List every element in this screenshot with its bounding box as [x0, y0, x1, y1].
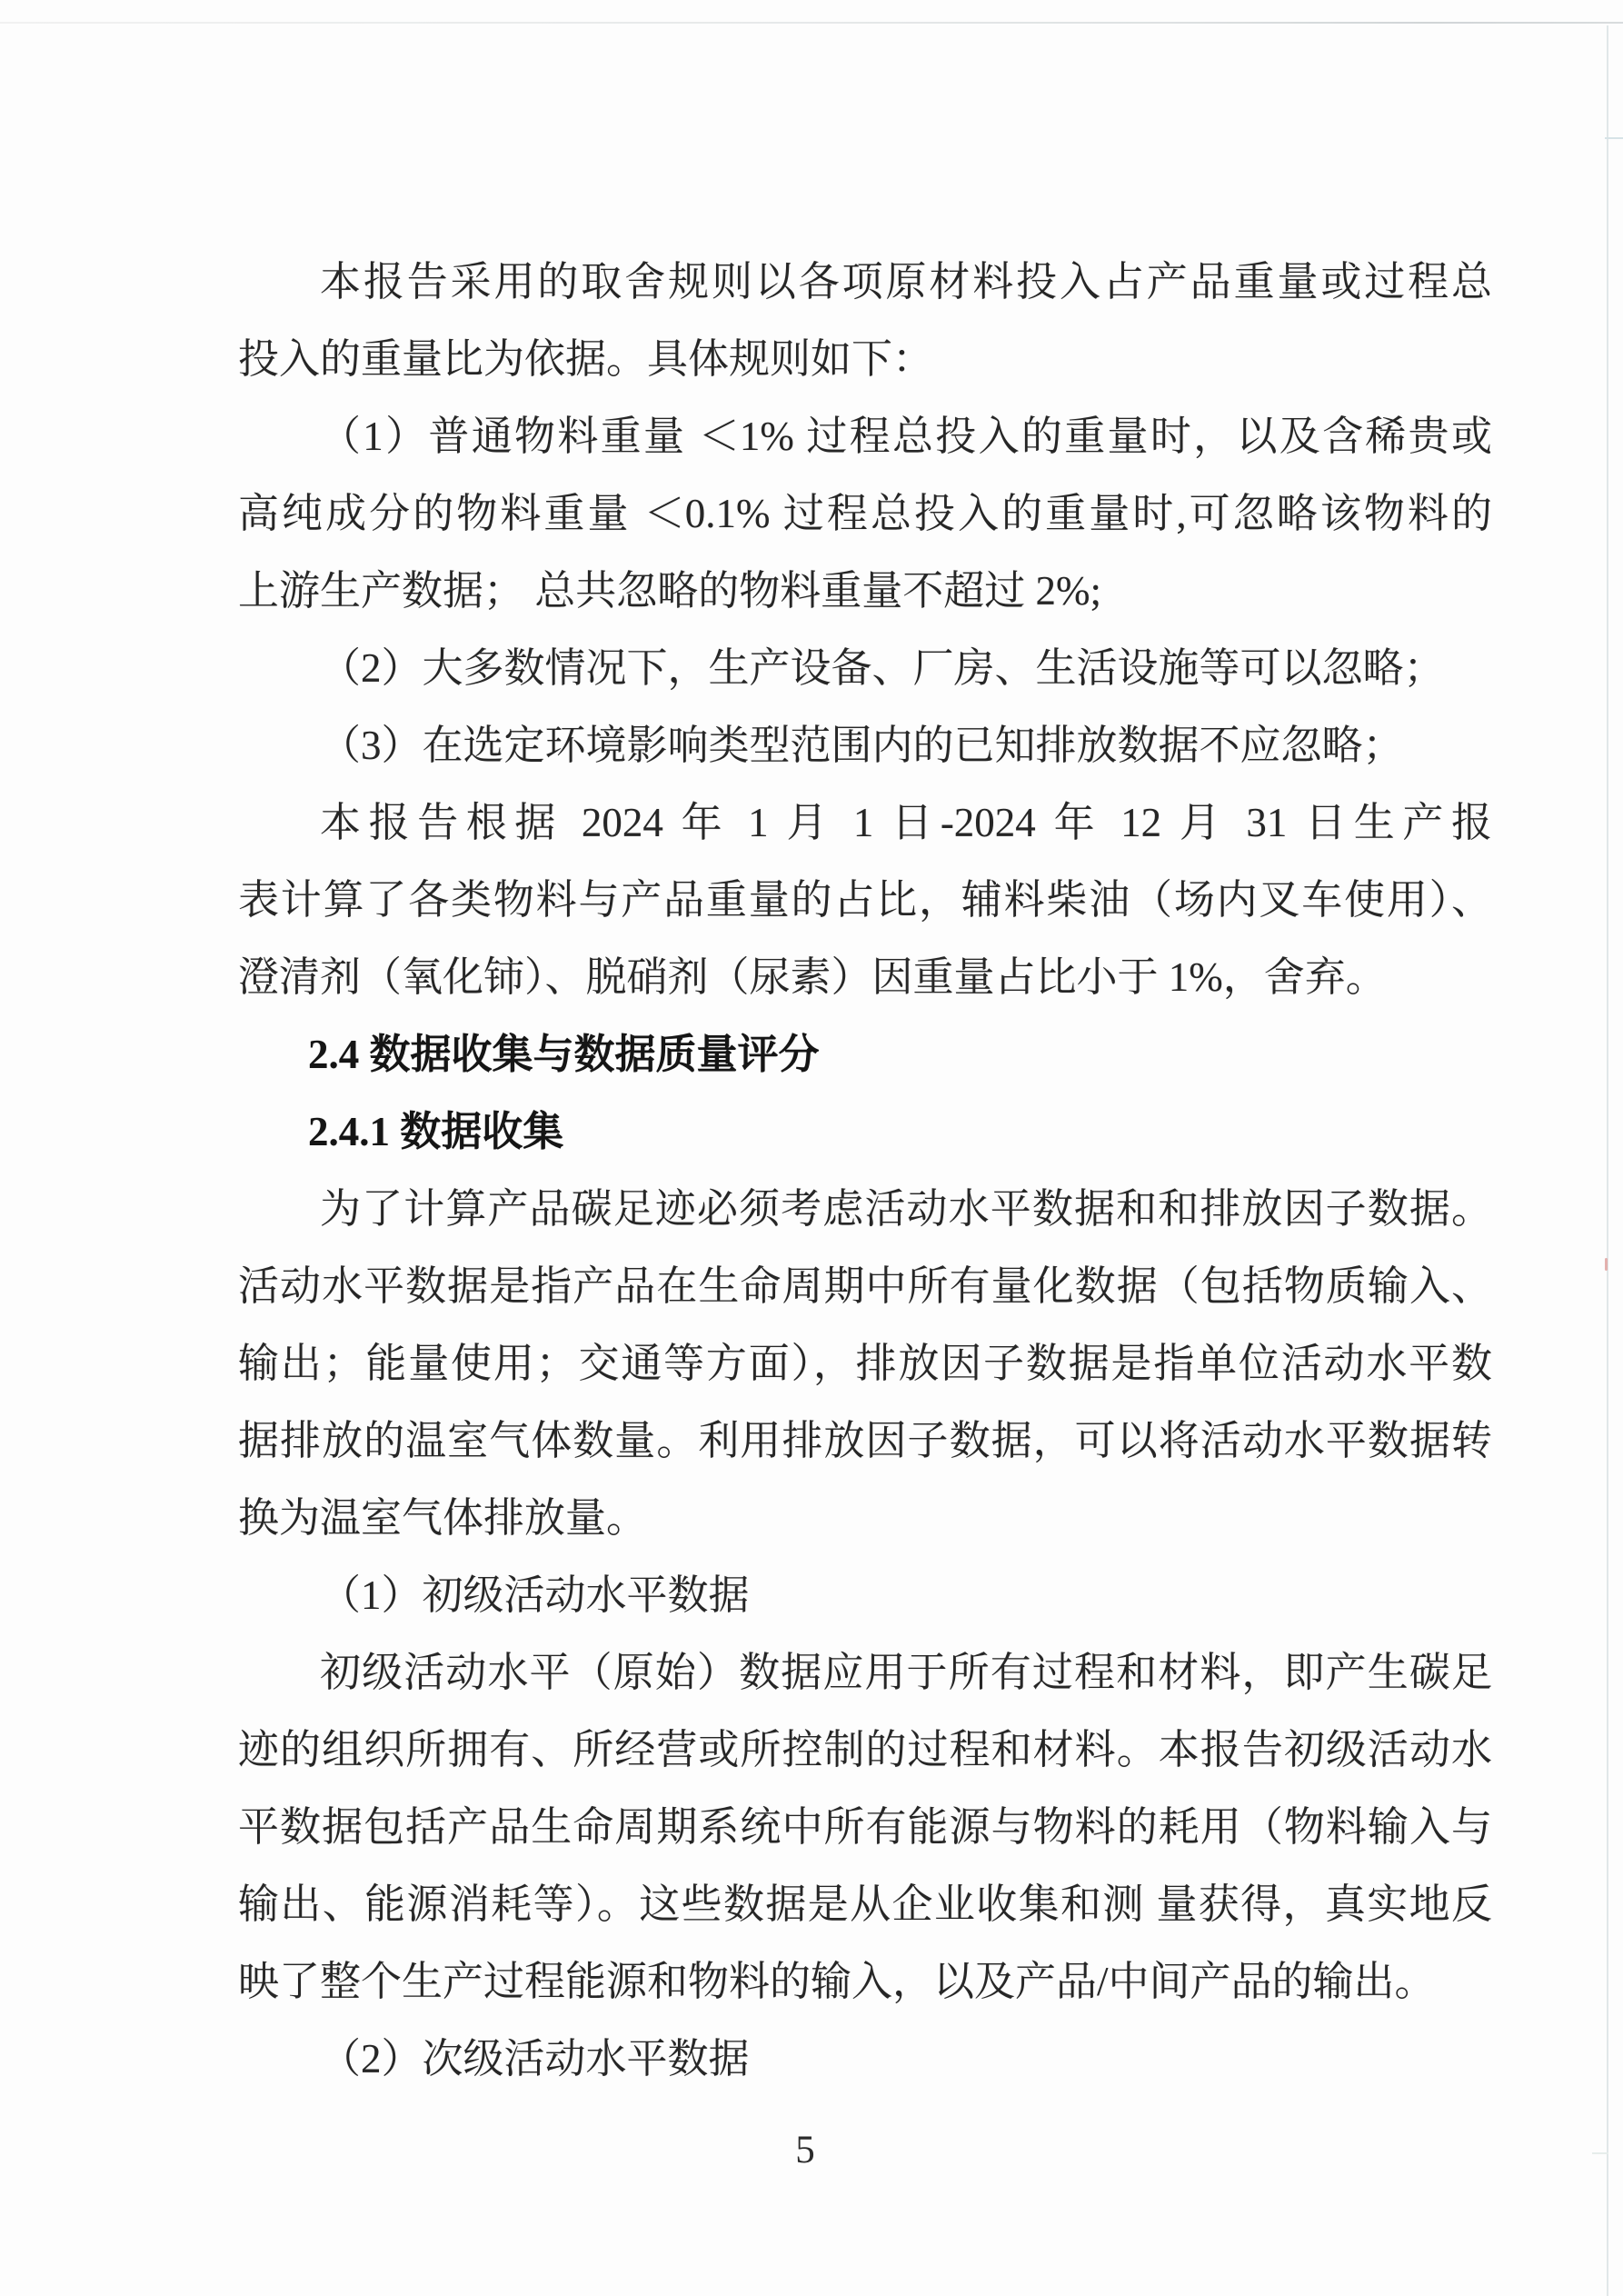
scan-right-tick-top	[1605, 137, 1623, 139]
item-secondary-activity-data: （2）次级活动水平数据	[238, 2021, 1492, 2098]
rule-1-line-1: （1）普通物料重量 ＜1% 过程总投入的重量时，以及含稀贵或	[238, 398, 1492, 475]
para-truncation-rule-line-1: 本报告采用的取舍规则以各项原材料投入占产品重量或过程总	[238, 244, 1492, 321]
para-primary-data-line-5: 映了整个生产过程能源和物料的输入，以及产品/中间产品的输出。	[238, 1943, 1492, 2021]
item-primary-activity-data: （1）初级活动水平数据	[238, 1557, 1492, 1634]
para-primary-data-line-2: 迹的组织所拥有、所经营或所控制的过程和材料。本报告初级活动水	[238, 1712, 1492, 1789]
para-data-collection-line-1: 为了计算产品碳足迹必须考虑活动水平数据和和排放因子数据。	[238, 1171, 1492, 1248]
rule-1-line-3: 上游生产数据； 总共忽略的物料重量不超过 2%;	[238, 553, 1492, 630]
rule-3: （3）在选定环境影响类型范围内的已知排放数据不应忽略；	[238, 707, 1492, 784]
para-data-collection-line-2: 活动水平数据是指产品在生命周期中所有量化数据（包括物质输入、	[238, 1248, 1492, 1325]
rule-2: （2）大多数情况下，生产设备、厂房、生活设施等可以忽略；	[238, 630, 1492, 707]
document-body: 本报告采用的取舍规则以各项原材料投入占产品重量或过程总投入的重量比为依据。具体规…	[238, 244, 1492, 2098]
para-data-collection-line-4: 据排放的温室气体数量。利用排放因子数据，可以将活动水平数据转	[238, 1403, 1492, 1480]
para-data-collection-line-3: 输出；能量使用；交通等方面），排放因子数据是指单位活动水平数	[238, 1325, 1492, 1403]
section-heading-2-4-1: 2.4.1 数据收集	[238, 1093, 1492, 1171]
scan-top-edge-line	[0, 22, 1623, 24]
para-primary-data-line-3: 平数据包括产品生命周期系统中所有能源与物料的耗用（物料输入与	[238, 1789, 1492, 1866]
para-truncation-rule-line-2: 投入的重量比为依据。具体规则如下：	[238, 321, 1492, 398]
para-report-period-line-3: 澄清剂（氧化铈）、脱硝剂（尿素）因重量占比小于 1%，舍弃。	[238, 939, 1492, 1016]
page-number: 5	[0, 2123, 1610, 2178]
para-data-collection-line-5: 换为温室气体排放量。	[238, 1480, 1492, 1557]
section-heading-2-4: 2.4 数据收集与数据质量评分	[238, 1016, 1492, 1093]
rule-1-line-2: 高纯成分的物料重量 ＜0.1% 过程总投入的重量时,可忽略该物料的	[238, 475, 1492, 553]
document-page: 本报告采用的取舍规则以各项原材料投入占产品重量或过程总投入的重量比为依据。具体规…	[0, 0, 1623, 2296]
scan-right-edge-line	[1607, 25, 1608, 2296]
para-primary-data-line-4: 输出、能源消耗等）。这些数据是从企业收集和测 量获得，真实地反	[238, 1866, 1492, 1943]
para-report-period-line-2: 表计算了各类物料与产品重量的占比，辅料柴油（场内叉车使用）、	[238, 862, 1492, 939]
para-primary-data-line-1: 初级活动水平（原始）数据应用于所有过程和材料，即产生碳足	[238, 1634, 1492, 1712]
scan-pink-mark	[1605, 1258, 1608, 1271]
para-report-period-line-1: 本报告根据 2024 年 1 月 1 日-2024 年 12 月 31 日生产报	[238, 784, 1492, 862]
